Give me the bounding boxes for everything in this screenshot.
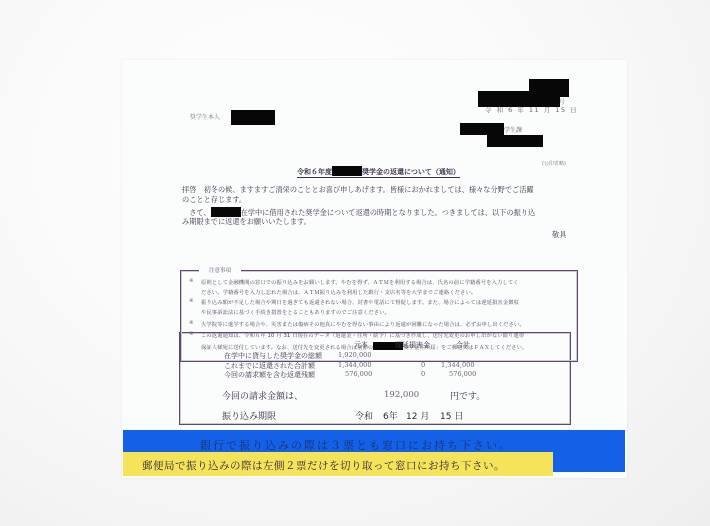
- notice-mark: ※: [189, 331, 193, 337]
- billing-amount: 192,000: [384, 390, 419, 400]
- notice-item-1-line-2: ださい。学籍番号を入力し忘れた場合は、ＡＴＭ振り込みを利用した銀行・支店名等を大…: [201, 288, 476, 296]
- row-principal: 576,000: [345, 370, 372, 378]
- row-label: 今回の請求額を含む返還残額: [224, 370, 315, 380]
- column-header-principal: 元本: [354, 340, 368, 350]
- notice-item-2-line-2: や民事訴訟法に基づく手続き措置をとることもありますのでご注意ください。: [201, 308, 390, 316]
- row-total: 1,344,000: [441, 361, 475, 369]
- bank-instruction-text: 銀行で振り込みの際は３票とも窓口にお持ち下さい。: [200, 437, 512, 453]
- deadline-era: 令和: [355, 409, 373, 422]
- notice-box-frame: 注意事項 ※ 原則として金融機関の窓口での振り込みをお願いします。やむを得ず、Ａ…: [180, 270, 578, 362]
- notice-item-4-line-1: この返還通知は、令和６年 10 月 31 日現在のデータ（返還金・住所・続予）に…: [201, 331, 524, 339]
- row-late-fee: 0: [421, 361, 425, 369]
- notice-item-2-line-1: 振り込み額が不足した場合や期日を過ぎても返還されない場合、封書や電話にて督促しま…: [201, 298, 519, 306]
- row-principal: 1,920,000: [338, 351, 372, 359]
- notice-item-1-line-1: 原則として金融機関の窓口での振り込みをお願いします。やむを得ず、ＡＴＭを利用する…: [201, 278, 519, 286]
- column-header-late-fee: 遅延損害金: [395, 340, 430, 350]
- billing-amount-suffix: 円です。: [450, 389, 485, 402]
- row-label: 在学中に貸与した奨学金の総額: [224, 351, 322, 361]
- notice-mark: ※: [189, 278, 193, 284]
- column-header-total: 合計: [456, 340, 470, 350]
- notice-label: 注意事項: [199, 266, 241, 274]
- notice-item-3-line-1: 大学院等に進学する場合や、災害または傷病その他真にやむを得ない事由により返還が困…: [201, 320, 525, 328]
- post-office-instruction-text: 郵便局で振り込みの際は左側２票だけを切り取って窓口にお持ち下さい。: [142, 458, 505, 473]
- notice-mark: ※: [189, 298, 193, 304]
- deadline-day: 15 日: [440, 409, 463, 422]
- deadline-label: 振り込み期限: [222, 409, 276, 422]
- row-late-fee: 0: [421, 370, 425, 378]
- notice-mark: ※: [189, 320, 193, 326]
- row-principal: 1,344,000: [338, 361, 372, 369]
- deadline-year: 6年: [383, 409, 398, 422]
- row-total: 576,000: [449, 370, 476, 378]
- deadline-month: 12 月: [406, 409, 429, 422]
- notice-layer: [122, 60, 627, 478]
- billing-amount-label: 今回の請求金額は、: [222, 389, 303, 402]
